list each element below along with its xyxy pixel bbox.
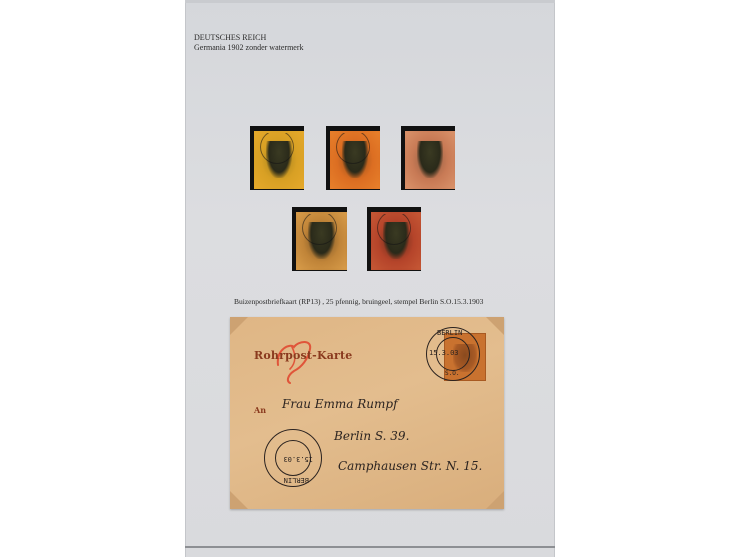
card-caption: Buizenpostbriefkaart (RP13) , 25 pfennig… bbox=[234, 297, 483, 306]
album-page: DEUTSCHES REICH Germania 1902 zonder wat… bbox=[185, 0, 555, 557]
mount-corner bbox=[230, 491, 248, 509]
stamp-1 bbox=[250, 126, 304, 190]
mount-corner bbox=[486, 317, 504, 335]
rohrpost-card: Rohrpost-Karte An Frau Emma Rumpf Berlin… bbox=[230, 317, 504, 509]
stamp-5 bbox=[367, 207, 421, 271]
card-title: Rohrpost-Karte bbox=[254, 349, 353, 362]
germania-figure bbox=[417, 141, 443, 179]
mount-corner bbox=[230, 317, 248, 335]
heading-issue: Germania 1902 zonder watermerk bbox=[194, 43, 304, 53]
stamp-3 bbox=[401, 126, 455, 190]
address-line-2: Berlin S. 39. bbox=[334, 429, 409, 443]
page-bottom-edge bbox=[185, 546, 555, 548]
postmark-date: 15.3.03 bbox=[429, 349, 459, 357]
cancel-mark bbox=[302, 212, 337, 245]
cancel-mark bbox=[260, 131, 294, 164]
postmark-arrival: BERLIN 15.3.03 bbox=[264, 429, 322, 487]
heading-country: DEUTSCHES REICH bbox=[194, 33, 304, 43]
page-top-edge bbox=[185, 0, 555, 3]
cancel-mark bbox=[377, 212, 411, 245]
postmark-city: BERLIN bbox=[437, 329, 462, 337]
postmark-top: BERLIN 15.3.03 S.O. bbox=[426, 327, 480, 381]
address-prefix: An bbox=[254, 405, 266, 415]
address-line-3: Camphausen Str. N. 15. bbox=[338, 459, 482, 473]
address-line-1: Frau Emma Rumpf bbox=[282, 397, 398, 411]
postmark-city: BERLIN bbox=[284, 476, 309, 484]
stamp-2 bbox=[326, 126, 380, 190]
postmark-date: 15.3.03 bbox=[283, 455, 313, 463]
postmark-suffix: S.O. bbox=[445, 370, 459, 377]
cancel-mark bbox=[336, 131, 370, 164]
mount-corner bbox=[486, 491, 504, 509]
stamp-4 bbox=[292, 207, 347, 271]
page-heading: DEUTSCHES REICH Germania 1902 zonder wat… bbox=[194, 33, 304, 53]
